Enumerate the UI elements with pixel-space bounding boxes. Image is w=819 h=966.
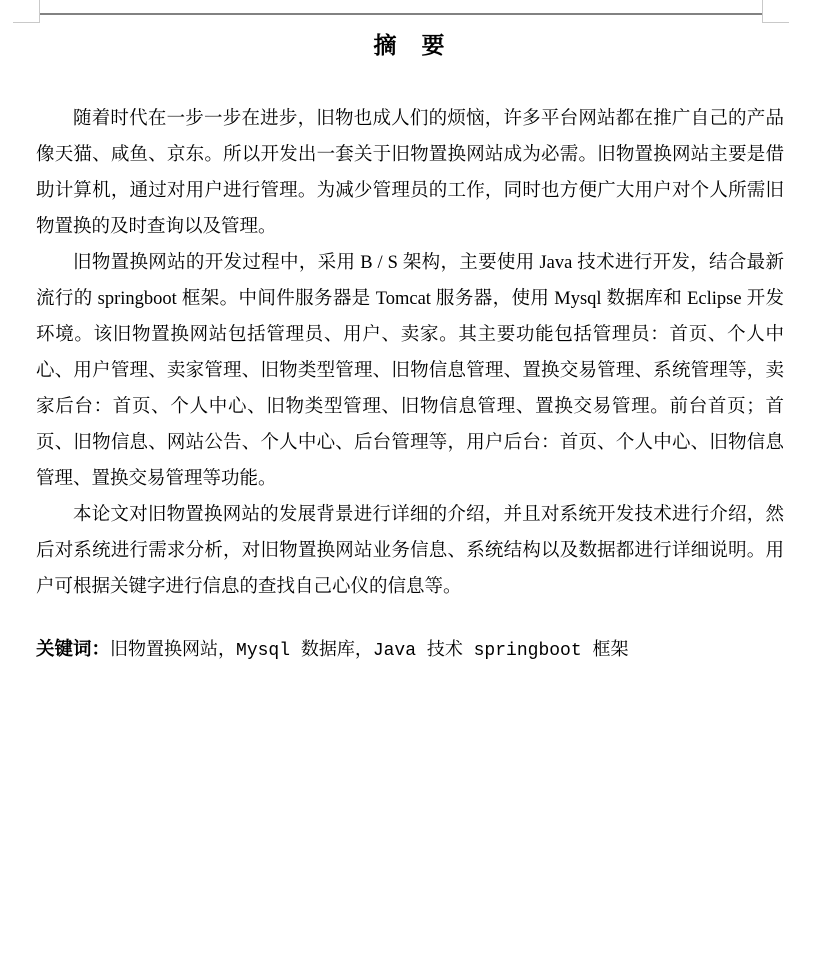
paragraph-thesis-summary: 本论文对旧物置换网站的发展背景进行详细的介绍，并且对系统开发技术进行介绍，然后对… xyxy=(36,497,784,605)
margin-mark-top-right-horizontal xyxy=(762,22,789,23)
keywords-label: 关键词： xyxy=(36,638,110,659)
margin-mark-top-left-vertical xyxy=(39,0,40,23)
page-title: 摘 要 xyxy=(0,31,819,61)
paragraph-background: 随着时代在一步一步在进步，旧物也成人们的烦恼，许多平台网站都在推广自己的产品像天… xyxy=(36,101,784,245)
document-page: 摘 要 随着时代在一步一步在进步，旧物也成人们的烦恼，许多平台网站都在推广自己的… xyxy=(0,0,819,966)
margin-mark-top-left-horizontal xyxy=(13,22,40,23)
keywords-line: 关键词：旧物置换网站，Mysql 数据库，Java 技术 springboot … xyxy=(36,631,784,669)
paragraph-technology-functions: 旧物置换网站的开发过程中，采用 B / S 架构，主要使用 Java 技术进行开… xyxy=(36,245,784,497)
abstract-body: 随着时代在一步一步在进步，旧物也成人们的烦恼，许多平台网站都在推广自己的产品像天… xyxy=(36,101,784,669)
margin-mark-top-right-vertical xyxy=(762,0,763,23)
header-rule xyxy=(40,13,762,15)
keywords-text: 旧物置换网站，Mysql 数据库，Java 技术 springboot 框架 xyxy=(110,641,628,661)
